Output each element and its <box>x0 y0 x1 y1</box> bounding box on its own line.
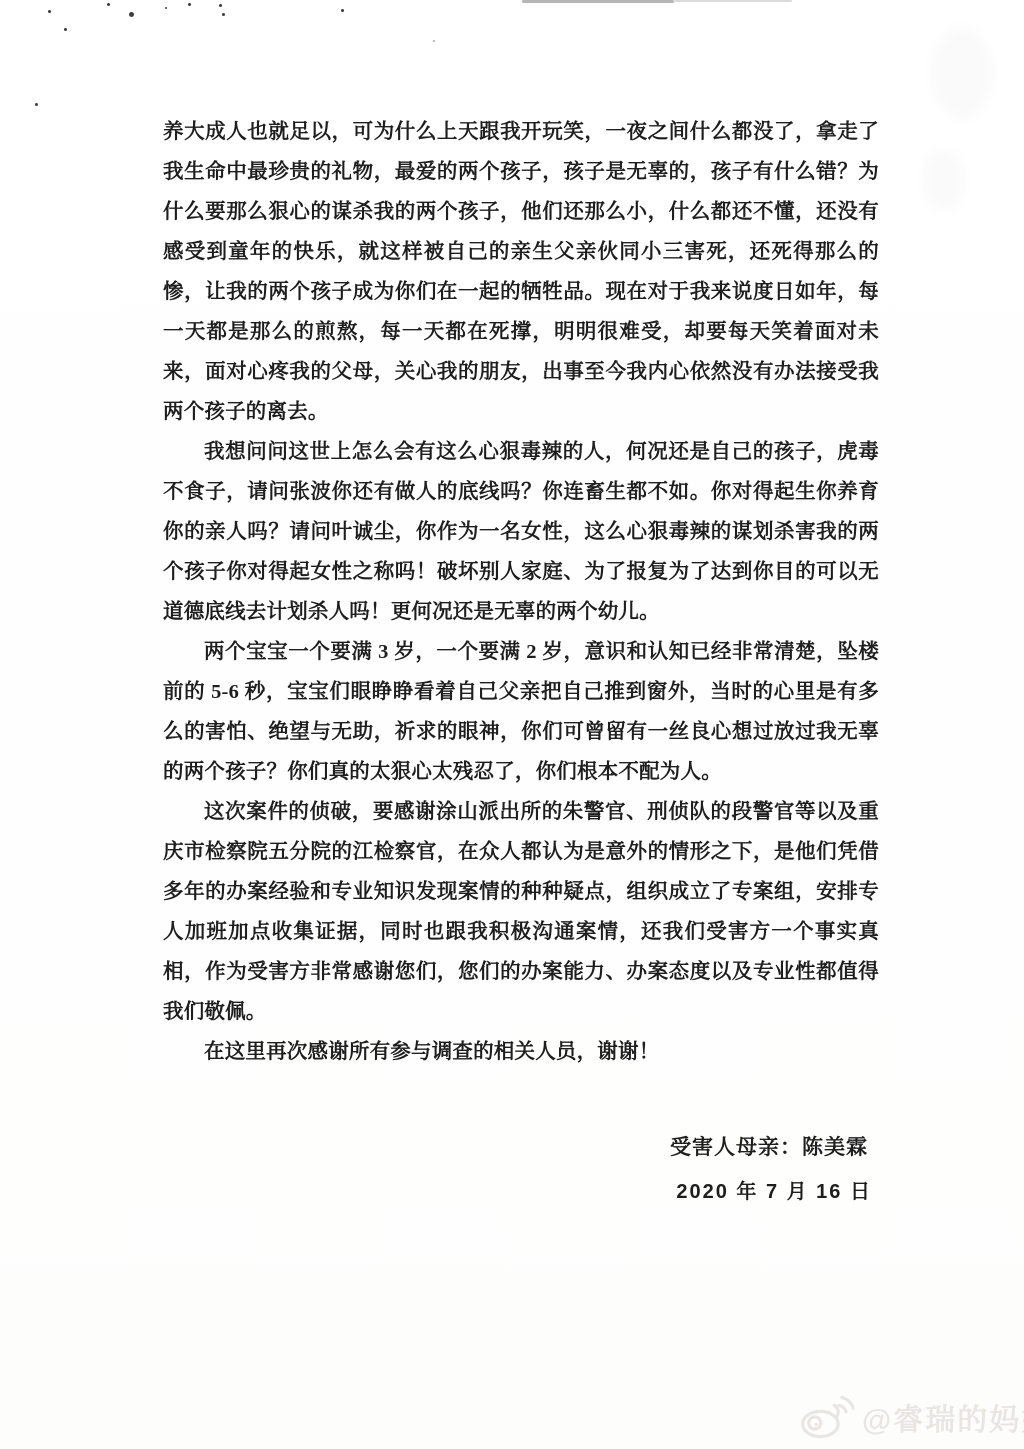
letter-paragraph: 我想问问这世上怎么会有这么心狠毒辣的人，何况还是自己的孩子，虎毒不食子，请问张波… <box>163 432 879 632</box>
scan-streak <box>674 0 792 2</box>
letter-paragraph: 两个宝宝一个要满 3 岁，一个要满 2 岁，意识和认知已经非常清楚，坠楼前的 5… <box>163 632 879 792</box>
scan-blotch <box>932 28 992 118</box>
watermark-handle: @睿瑞的妈妈 <box>862 1395 1024 1439</box>
scan-speck <box>129 12 134 17</box>
letter-paragraph: 这次案件的侦破，要感谢涂山派出所的朱警官、刑侦队的段警官等以及重庆市检察院五分院… <box>163 792 879 1032</box>
letter-body: 养大成人也就足以，可为什么上天跟我开玩笑，一夜之间什么都没了，拿走了我生命中最珍… <box>163 112 879 1072</box>
date-line: 2020 年 7 月 16 日 <box>0 1178 872 1206</box>
scan-blotch <box>924 150 964 210</box>
weibo-icon <box>798 1393 854 1440</box>
scan-speck <box>64 28 67 31</box>
weibo-watermark: @睿瑞的妈妈 <box>798 1393 1024 1440</box>
scan-speck <box>188 3 191 6</box>
scan-speck <box>341 9 344 12</box>
letter-paragraph: 在这里再次感谢所有参与调查的相关人员，谢谢！ <box>163 1032 879 1072</box>
scan-speck <box>165 7 167 9</box>
scan-speck <box>222 13 225 16</box>
letter-paragraph: 养大成人也就足以，可为什么上天跟我开玩笑，一夜之间什么都没了，拿走了我生命中最珍… <box>163 112 879 432</box>
scan-streak <box>522 0 674 3</box>
scan-speck <box>35 103 38 106</box>
signature-block: 受害人母亲：陈美霖 2020 年 7 月 16 日 <box>0 1133 872 1206</box>
scan-speck <box>219 4 222 7</box>
scan-speck <box>107 3 110 6</box>
signature-line: 受害人母亲：陈美霖 <box>0 1133 872 1161</box>
scanned-letter-page: 养大成人也就足以，可为什么上天跟我开玩笑，一夜之间什么都没了，拿走了我生命中最珍… <box>0 0 1024 1449</box>
scan-speck <box>48 10 51 13</box>
scan-speck <box>433 40 435 42</box>
